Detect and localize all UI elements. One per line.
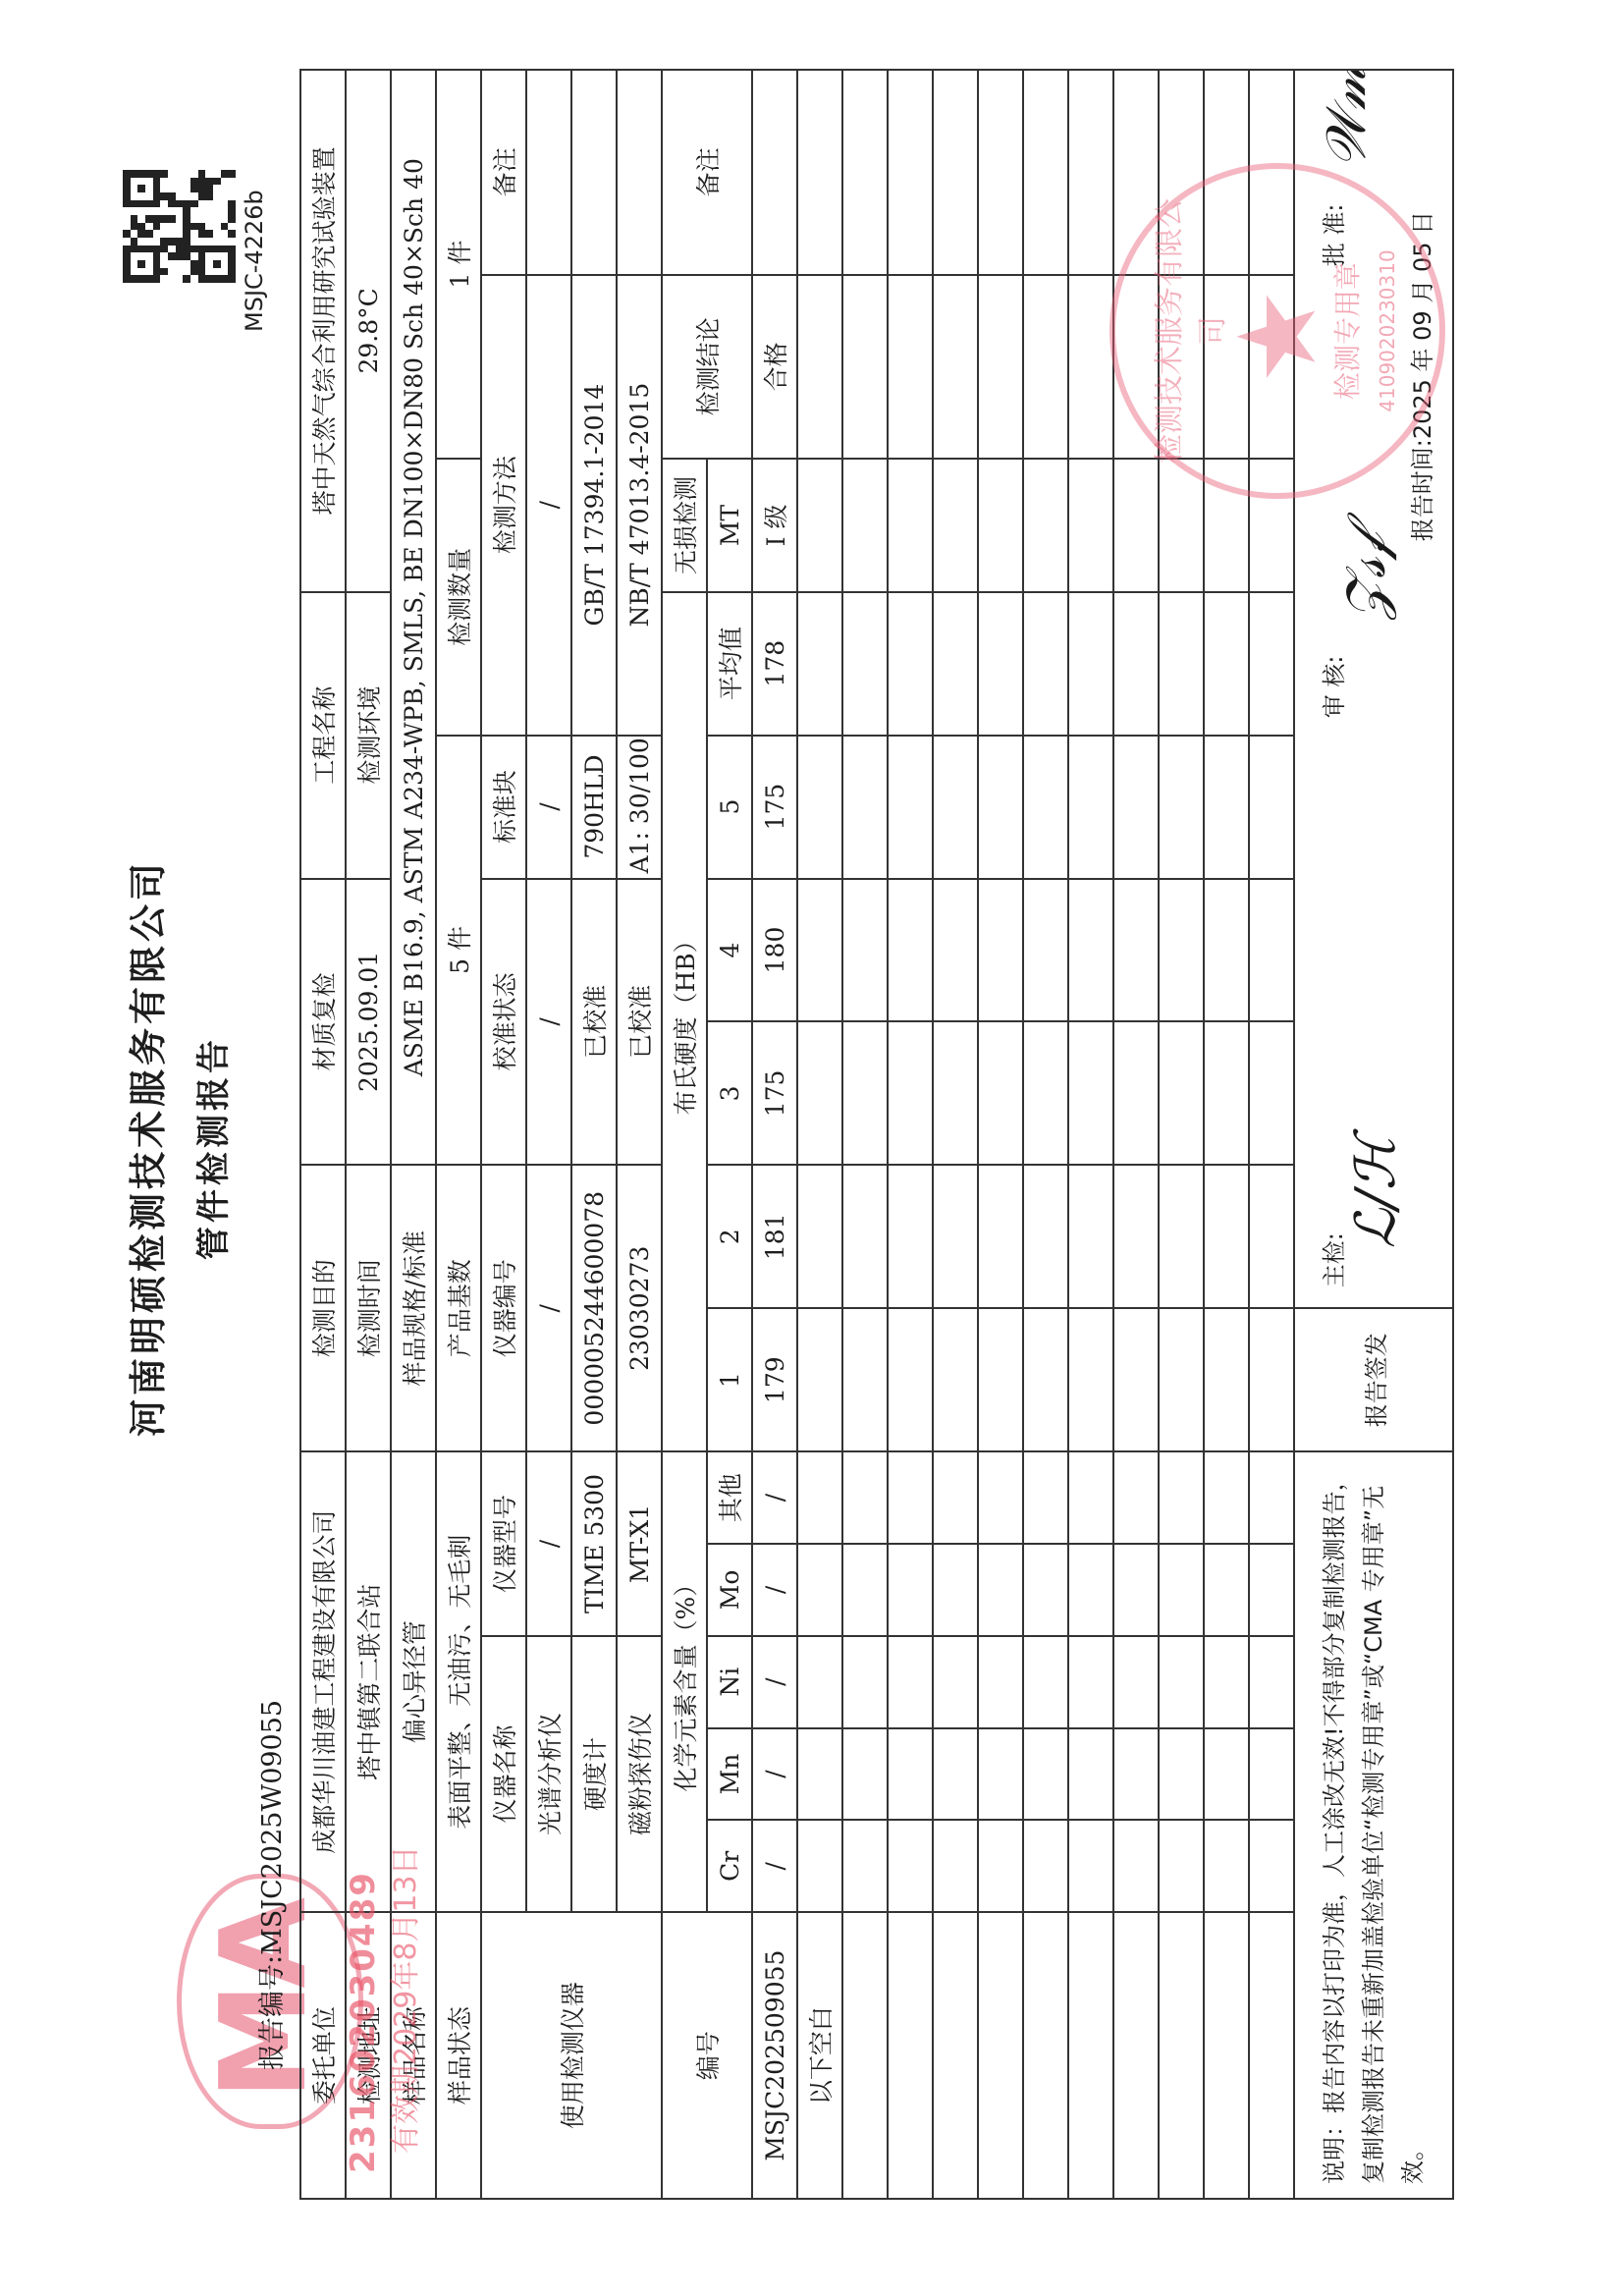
- result-hardness-cell: [933, 1308, 978, 1451]
- result-chem-cell: [888, 1451, 933, 1544]
- result-remark-cell: [842, 70, 888, 275]
- result-hardness-cell: 175: [752, 1021, 797, 1165]
- instrument-calibration: 已校准: [617, 879, 662, 1166]
- result-chem-cell: [1113, 1728, 1159, 1821]
- result-hardness-cell: [1204, 1308, 1249, 1451]
- result-hardness-cell: [1159, 1021, 1204, 1165]
- result-hardness-cell: [1249, 879, 1294, 1022]
- sample-id-header: 编号: [662, 1912, 752, 2199]
- result-chem-cell: [842, 1544, 888, 1636]
- purpose-label: 检测目的: [300, 1165, 346, 1451]
- result-hardness-cell: [1249, 736, 1294, 879]
- instrument-remark: [617, 70, 662, 275]
- result-hardness-cell: [888, 1165, 933, 1308]
- result-chem-cell: [797, 1820, 842, 1912]
- instrument-model: /: [526, 1451, 571, 1636]
- result-chem-cell: [842, 1728, 888, 1821]
- result-remark-cell: [1068, 70, 1113, 275]
- result-hardness-cell: [1068, 592, 1113, 736]
- date-label: 检测时间: [346, 1165, 391, 1451]
- instrument-row: 硬度计 TIME 5300 000005244600078 已校准 790HLD…: [571, 70, 617, 2199]
- result-row: MSJC202509055/////179181175180175178I 级合…: [752, 70, 797, 2199]
- result-row: [1023, 70, 1068, 2199]
- result-hardness-cell: [1249, 1308, 1294, 1451]
- issue-label: 报告签发: [1294, 1308, 1453, 1451]
- purpose-value: 材质复检: [300, 879, 346, 1166]
- conclusion-header: 检测结论: [662, 275, 752, 460]
- seal-use-text: 检测专用章: [1326, 228, 1366, 434]
- hardness-col-2: 2: [707, 1165, 752, 1308]
- result-hardness-cell: [797, 1021, 842, 1165]
- result-conclusion-cell: [797, 275, 842, 460]
- instrument-serial: 000005244600078: [571, 1165, 617, 1451]
- instrument-col-name: 仪器名称: [481, 1636, 526, 1912]
- instrument-block: /: [526, 736, 571, 879]
- result-hardness-cell: [842, 592, 888, 736]
- reviewer-label: 审 核:: [1315, 656, 1349, 719]
- result-chem-cell: [1159, 1544, 1204, 1636]
- cma-number: 231602030489: [344, 1871, 383, 2173]
- result-chem-cell: [933, 1451, 978, 1544]
- result-chem-cell: [888, 1820, 933, 1912]
- result-chem-cell: [842, 1820, 888, 1912]
- result-chem-cell: [933, 1544, 978, 1636]
- result-hardness-cell: [1159, 1308, 1204, 1451]
- instrument-header-row: 使用检测仪器 仪器名称 仪器型号 仪器编号 校准状态 标准块 检测方法 备注: [481, 70, 526, 2199]
- result-row: [1068, 70, 1113, 2199]
- company-name: 河南明硕检测技术服务有限公司: [118, 0, 172, 2296]
- result-chem-cell: [978, 1820, 1023, 1912]
- result-chem-cell: [797, 1728, 842, 1821]
- reviewer-signature: 𝒵𝓈𝒻: [1334, 533, 1399, 620]
- result-ndt-cell: [933, 459, 978, 591]
- instrument-method: GB/T 17394.1-2014: [571, 275, 617, 736]
- result-hardness-cell: [797, 592, 842, 736]
- project-label: 工程名称: [300, 592, 346, 879]
- result-hardness-cell: 178: [752, 592, 797, 736]
- footer-note: 说明：报告内容以打印为准，人工涂改无效!不得部分复制检测报告，复制检测报告未重新…: [1294, 1451, 1453, 2199]
- report-number-value: MSJC2025W09055: [257, 1700, 288, 1955]
- result-ndt-cell: I 级: [752, 459, 797, 591]
- result-row: 以下空白: [797, 70, 842, 2199]
- result-remark-cell: [752, 70, 797, 275]
- result-conclusion-cell: [978, 275, 1023, 460]
- result-hardness-cell: [978, 1308, 1023, 1451]
- chem-col-mn: Mn: [707, 1728, 752, 1821]
- result-chem-cell: [1204, 1451, 1249, 1544]
- result-ndt-cell: [1068, 459, 1113, 591]
- result-hardness-cell: [1023, 592, 1068, 736]
- base-label: 产品基数: [436, 1165, 481, 1451]
- result-conclusion-cell: [933, 275, 978, 460]
- result-hardness-cell: 180: [752, 879, 797, 1022]
- instrument-method: /: [526, 275, 571, 736]
- instrument-name: 磁粉探伤仪: [617, 1636, 662, 1912]
- result-chem-cell: [978, 1451, 1023, 1544]
- result-hardness-cell: [1159, 736, 1204, 879]
- result-chem-cell: [1023, 1636, 1068, 1728]
- result-hardness-cell: [978, 1165, 1023, 1308]
- result-conclusion-cell: [888, 275, 933, 460]
- result-hardness-cell: [933, 1165, 978, 1308]
- result-hardness-cell: [1023, 1021, 1068, 1165]
- qty-label: 检测数量: [436, 459, 481, 735]
- result-hardness-cell: [842, 736, 888, 879]
- result-hardness-cell: [933, 879, 978, 1022]
- result-chem-cell: [1249, 1820, 1294, 1912]
- result-hardness-cell: [1023, 1165, 1068, 1308]
- chem-col-mo: Mo: [707, 1544, 752, 1636]
- result-chem-cell: /: [752, 1820, 797, 1912]
- result-ndt-cell: [978, 459, 1023, 591]
- result-remark-cell: [888, 70, 933, 275]
- result-conclusion-cell: [1068, 275, 1113, 460]
- result-hardness-cell: [1113, 1308, 1159, 1451]
- result-chem-cell: [1113, 1544, 1159, 1636]
- instrument-col-calibration: 校准状态: [481, 879, 526, 1166]
- result-hardness-cell: [888, 592, 933, 736]
- result-sample-id: [1159, 1912, 1204, 2199]
- hardness-col-3: 3: [707, 1021, 752, 1165]
- hardness-col-1: 1: [707, 1308, 752, 1451]
- instrument-serial: /: [526, 1165, 571, 1451]
- result-chem-cell: /: [752, 1728, 797, 1821]
- result-chem-cell: [842, 1636, 888, 1728]
- result-hardness-cell: [797, 1308, 842, 1451]
- result-hardness-cell: [978, 592, 1023, 736]
- result-hardness-cell: 175: [752, 736, 797, 879]
- result-chem-cell: [1068, 1544, 1113, 1636]
- result-hardness-cell: [1113, 736, 1159, 879]
- instrument-serial: 23030273: [617, 1165, 662, 1451]
- chem-col-ni: Ni: [707, 1636, 752, 1728]
- result-hardness-cell: [842, 1165, 888, 1308]
- result-chem-cell: [1023, 1820, 1068, 1912]
- result-hardness-cell: [1159, 592, 1204, 736]
- result-hardness-cell: [933, 736, 978, 879]
- hardness-col-4: 4: [707, 879, 752, 1022]
- result-chem-cell: [1068, 1820, 1113, 1912]
- result-hardness-cell: [1204, 1165, 1249, 1308]
- instrument-col-model: 仪器型号: [481, 1451, 526, 1636]
- result-hardness-cell: [1249, 592, 1294, 736]
- state-label: 样品状态: [436, 1912, 481, 2199]
- result-hardness-cell: [1204, 736, 1249, 879]
- result-chem-cell: [1023, 1451, 1068, 1544]
- result-hardness-cell: [933, 1021, 978, 1165]
- result-row: [933, 70, 978, 2199]
- instrument-col-serial: 仪器编号: [481, 1165, 526, 1451]
- form-code: MSJC-4226b: [241, 190, 268, 332]
- instrument-calibration: 已校准: [571, 879, 617, 1166]
- result-hardness-cell: [1204, 1021, 1249, 1165]
- result-sample-id: [888, 1912, 933, 2199]
- instrument-name: 光谱分析仪: [526, 1636, 571, 1912]
- result-ndt-cell: [888, 459, 933, 591]
- star-icon: ★: [1223, 288, 1331, 385]
- result-hardness-cell: [978, 736, 1023, 879]
- result-chem-cell: [1249, 1544, 1294, 1636]
- result-chem-cell: [888, 1636, 933, 1728]
- result-ndt-cell: [797, 459, 842, 591]
- result-sample-id: [978, 1912, 1023, 2199]
- hardness-header: 布氏硬度（HB）: [662, 592, 707, 1451]
- result-remark-cell: [978, 70, 1023, 275]
- result-chem-cell: [1068, 1728, 1113, 1821]
- result-sample-id: [1204, 1912, 1249, 2199]
- result-chem-cell: [1249, 1728, 1294, 1821]
- result-chem-cell: [1113, 1636, 1159, 1728]
- spec-value: ASME B16.9, ASTM A234-WPB, SMLS, BE DN10…: [391, 70, 436, 1165]
- result-hardness-cell: [1204, 592, 1249, 736]
- result-hardness-cell: 181: [752, 1165, 797, 1308]
- instruments-group-label: 使用检测仪器: [481, 1912, 662, 2199]
- result-chem-cell: [1068, 1451, 1113, 1544]
- company-seal-icon: 检测技术服务有限公司 ★ 检测专用章 4109020230310: [1109, 163, 1445, 499]
- env-value: 29.8°C: [346, 70, 391, 592]
- result-hardness-cell: [1068, 736, 1113, 879]
- base-value: 5 件: [436, 736, 481, 1166]
- result-sample-id: [1023, 1912, 1068, 2199]
- result-chem-cell: [797, 1636, 842, 1728]
- instrument-model: TIME 5300: [571, 1451, 617, 1636]
- result-sample-id: [1249, 1912, 1294, 2199]
- instrument-col-block: 标准块: [481, 736, 526, 879]
- result-hardness-cell: [1113, 592, 1159, 736]
- instrument-col-remark: 备注: [481, 70, 526, 275]
- result-chem-cell: [888, 1544, 933, 1636]
- result-chem-cell: [797, 1544, 842, 1636]
- project-value: 塔中天然气综合利用研究试验装置: [300, 70, 346, 592]
- instrument-remark: [571, 70, 617, 275]
- result-chem-cell: [978, 1728, 1023, 1821]
- instrument-row: 磁粉探伤仪 MT-X1 23030273 已校准 A1: 30/100 NB/T…: [617, 70, 662, 2199]
- result-hardness-cell: [1068, 1165, 1113, 1308]
- result-chem-cell: [1068, 1636, 1113, 1728]
- ndt-method: MT: [707, 459, 752, 591]
- report-number: 报告编号:MSJC2025W09055: [250, 1700, 289, 2070]
- instrument-block: A1: 30/100: [617, 736, 662, 879]
- result-sample-id: [933, 1912, 978, 2199]
- report-number-label: 报告编号:: [257, 1955, 288, 2070]
- result-hardness-cell: [1068, 879, 1113, 1022]
- result-hardness-cell: [1023, 1308, 1068, 1451]
- remark-header: 备注: [662, 70, 752, 275]
- sample-name-value: 偏心异径管: [391, 1451, 436, 1912]
- ndt-header: 无损检测: [662, 459, 707, 591]
- inspector-signature: ℒ∕ℋ: [1344, 1136, 1408, 1249]
- result-chem-cell: /: [752, 1544, 797, 1636]
- result-hardness-cell: [888, 1308, 933, 1451]
- result-remark-cell: [1023, 70, 1068, 275]
- result-chem-cell: [1159, 1820, 1204, 1912]
- result-sample-id: [1068, 1912, 1113, 2199]
- hardness-col-avg: 平均值: [707, 592, 752, 736]
- result-row: [978, 70, 1023, 2199]
- seal-code: 4109020230310: [1376, 208, 1399, 454]
- result-chem-cell: [1113, 1451, 1159, 1544]
- result-sample-id: [1113, 1912, 1159, 2199]
- result-chem-cell: [888, 1728, 933, 1821]
- result-chem-cell: [978, 1636, 1023, 1728]
- approver-signature: 𝒲𝓂𝓁: [1315, 70, 1380, 168]
- instrument-method: NB/T 47013.4-2015: [617, 275, 662, 736]
- result-chem-cell: [1204, 1636, 1249, 1728]
- result-hardness-cell: [978, 1021, 1023, 1165]
- result-chem-cell: [842, 1451, 888, 1544]
- result-ndt-cell: [1023, 459, 1068, 591]
- result-chem-cell: [1204, 1820, 1249, 1912]
- result-chem-cell: [1023, 1728, 1068, 1821]
- result-chem-cell: /: [752, 1451, 797, 1544]
- result-chem-cell: [1204, 1728, 1249, 1821]
- result-hardness-cell: [842, 1021, 888, 1165]
- state-value: 表面平整、无油污、无毛刺: [436, 1451, 481, 1912]
- result-hardness-cell: [1023, 879, 1068, 1022]
- result-remark-cell: [797, 70, 842, 275]
- site-value: 塔中镇第二联合站: [346, 1451, 391, 1912]
- result-chem-cell: [933, 1820, 978, 1912]
- result-conclusion-cell: [842, 275, 888, 460]
- result-chem-cell: [933, 1636, 978, 1728]
- instrument-row: 光谱分析仪 / / / / /: [526, 70, 571, 2199]
- result-ndt-cell: [842, 459, 888, 591]
- chem-col-cr: Cr: [707, 1820, 752, 1912]
- result-chem-cell: [978, 1544, 1023, 1636]
- instrument-block: 790HLD: [571, 736, 617, 879]
- result-hardness-cell: [978, 879, 1023, 1022]
- row-client: 委托单位 成都华川油建工程建设有限公司 检测目的 材质复检 工程名称 塔中天然气…: [300, 70, 346, 2199]
- report-sheet: MSJC-4226b 河南明硕检测技术服务有限公司 管件检测报告 MA 报告编号…: [0, 0, 1623, 2296]
- hardness-col-5: 5: [707, 736, 752, 879]
- chem-col-other: 其他: [707, 1451, 752, 1544]
- result-hardness-cell: [797, 1165, 842, 1308]
- result-row: [842, 70, 888, 2199]
- result-chem-cell: [1113, 1820, 1159, 1912]
- result-chem-cell: [1159, 1451, 1204, 1544]
- result-hardness-cell: [1068, 1021, 1113, 1165]
- date-value: 2025.09.01: [346, 879, 391, 1166]
- result-hardness-cell: [842, 879, 888, 1022]
- instrument-model: MT-X1: [617, 1451, 662, 1636]
- result-chem-cell: [1159, 1728, 1204, 1821]
- result-sample-id: MSJC202509055: [752, 1912, 797, 2199]
- result-hardness-cell: [888, 879, 933, 1022]
- result-hardness-cell: [933, 592, 978, 736]
- results-group-header: 编号 化学元素含量（%） 布氏硬度（HB） 无损检测 检测结论 备注: [662, 70, 707, 2199]
- result-chem-cell: [1159, 1636, 1204, 1728]
- result-sample-id: [842, 1912, 888, 2199]
- result-chem-cell: [1249, 1636, 1294, 1728]
- result-hardness-cell: [1113, 1165, 1159, 1308]
- result-hardness-cell: [797, 736, 842, 879]
- result-chem-cell: [797, 1451, 842, 1544]
- result-hardness-cell: [888, 736, 933, 879]
- result-chem-cell: [1249, 1451, 1294, 1544]
- result-hardness-cell: [1249, 1165, 1294, 1308]
- cma-validity: 有效期2029年8月13日: [381, 1845, 424, 2154]
- result-chem-cell: /: [752, 1636, 797, 1728]
- result-sample-id: 以下空白: [797, 1912, 842, 2199]
- result-hardness-cell: [1159, 1165, 1204, 1308]
- result-remark-cell: [933, 70, 978, 275]
- result-hardness-cell: [1023, 736, 1068, 879]
- result-row: [888, 70, 933, 2199]
- result-chem-cell: [1023, 1544, 1068, 1636]
- result-hardness-cell: [1159, 879, 1204, 1022]
- instrument-name: 硬度计: [571, 1636, 617, 1912]
- result-hardness-cell: [797, 879, 842, 1022]
- result-ndt-cell: [1113, 459, 1159, 591]
- result-hardness-cell: [1204, 879, 1249, 1022]
- qty-value: 1 件: [436, 70, 481, 459]
- result-hardness-cell: [888, 1021, 933, 1165]
- instrument-remark: [526, 70, 571, 275]
- result-hardness-cell: [1249, 1021, 1294, 1165]
- result-hardness-cell: 179: [752, 1308, 797, 1451]
- client-value: 成都华川油建工程建设有限公司: [300, 1451, 346, 1912]
- result-chem-cell: [933, 1728, 978, 1821]
- result-hardness-cell: [1068, 1308, 1113, 1451]
- row-state: 样品状态 表面平整、无油污、无毛刺 产品基数 5 件 检测数量 1 件: [436, 70, 481, 2199]
- chem-header: 化学元素含量（%）: [662, 1451, 707, 1912]
- result-hardness-cell: [1113, 1021, 1159, 1165]
- result-conclusion-cell: 合格: [752, 275, 797, 460]
- instrument-col-method: 检测方法: [481, 275, 526, 736]
- spec-label: 样品规格/标准: [391, 1165, 436, 1451]
- result-chem-cell: [1204, 1544, 1249, 1636]
- client-label: 委托单位: [300, 1912, 346, 2199]
- instrument-calibration: /: [526, 879, 571, 1166]
- result-conclusion-cell: [1023, 275, 1068, 460]
- result-hardness-cell: [1113, 879, 1159, 1022]
- result-hardness-cell: [842, 1308, 888, 1451]
- env-label: 检测环境: [346, 592, 391, 879]
